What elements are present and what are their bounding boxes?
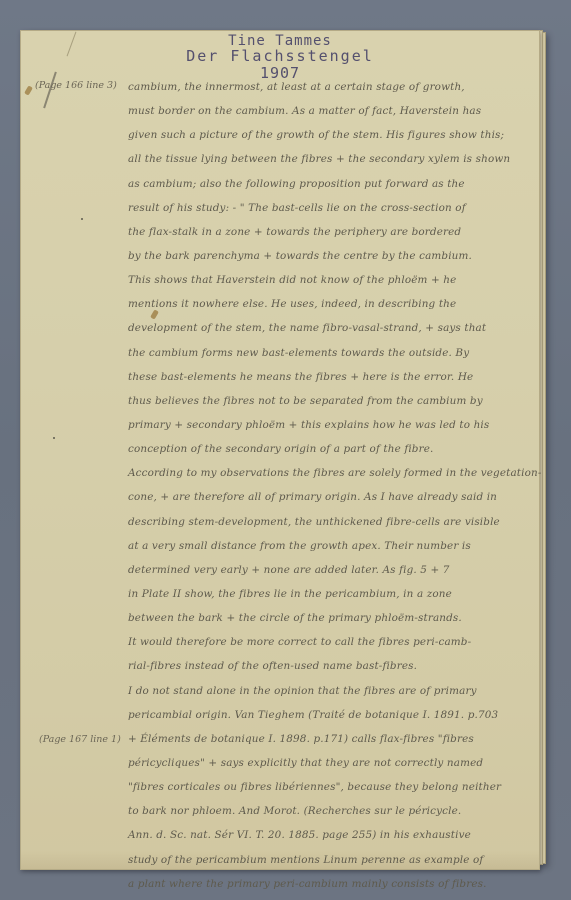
text-line: It would therefore be more correct to ca… bbox=[128, 630, 533, 654]
text-line: a plant where the primary peri-cambium m… bbox=[128, 872, 533, 896]
text-line: the flax-stalk in a zone + towards the p… bbox=[128, 220, 533, 244]
text-line: given such a picture of the growth of th… bbox=[128, 123, 533, 147]
text-line: This shows that Haverstein did not know … bbox=[128, 268, 533, 292]
text-line: describing stem-development, the unthick… bbox=[128, 510, 533, 534]
text-line: must border on the cambium. As a matter … bbox=[128, 99, 533, 123]
text-line: by the bark parenchyma + towards the cen… bbox=[128, 244, 533, 268]
text-line: pericambial origin. Van Tieghem (Traité … bbox=[128, 703, 533, 727]
manuscript-page: Tine Tammes Der Flachsstengel 1907 (Page… bbox=[20, 30, 540, 870]
text-line: According to my observations the fibres … bbox=[128, 461, 533, 485]
margin-note-page-167: (Page 167 line 1) bbox=[39, 734, 121, 745]
text-line: mentions it nowhere else. He uses, indee… bbox=[128, 292, 533, 316]
text-line: + Éléments de botanique I. 1898. p.171) … bbox=[128, 727, 533, 751]
handwritten-text-body: cambium, the innermost, at least at a ce… bbox=[128, 75, 533, 896]
text-line: development of the stem, the name fibro-… bbox=[128, 316, 533, 340]
text-line: determined very early + none are added l… bbox=[128, 558, 533, 582]
margin-note-page-166: (Page 166 line 3) bbox=[35, 80, 117, 91]
text-line: thus believes the fibres not to be separ… bbox=[128, 389, 533, 413]
text-line: cone, + are therefore all of primary ori… bbox=[128, 485, 533, 509]
paper-stain bbox=[24, 85, 33, 95]
text-line: to bark nor phloem. And Morot. (Recherch… bbox=[128, 799, 533, 823]
text-line: at a very small distance from the growth… bbox=[128, 534, 533, 558]
text-line: in Plate II show, the fibres lie in the … bbox=[128, 582, 533, 606]
text-line: "fibres corticales ou fibres libériennes… bbox=[128, 775, 533, 799]
text-line: result of his study: - " The bast-cells … bbox=[128, 196, 533, 220]
text-line: rial-fibres instead of the often-used na… bbox=[128, 654, 533, 678]
paper-speck bbox=[81, 218, 83, 220]
stamp-title: Der Flachsstengel bbox=[21, 47, 539, 65]
text-line: conception of the secondary origin of a … bbox=[128, 437, 533, 461]
text-line: as cambium; also the following propositi… bbox=[128, 172, 533, 196]
text-line: study of the pericambium mentions Linum … bbox=[128, 848, 533, 872]
text-line: cambium, the innermost, at least at a ce… bbox=[128, 75, 533, 99]
text-line: Ann. d. Sc. nat. Sér VI. T. 20. 1885. pa… bbox=[128, 823, 533, 847]
paper-speck bbox=[53, 437, 55, 439]
text-line: primary + secondary phloëm + this explai… bbox=[128, 413, 533, 437]
text-line: these bast-elements he means the fibres … bbox=[128, 365, 533, 389]
text-line: between the bark + the circle of the pri… bbox=[128, 606, 533, 630]
text-line: péricycliques" + says explicitly that th… bbox=[128, 751, 533, 775]
text-line: I do not stand alone in the opinion that… bbox=[128, 679, 533, 703]
text-line: the cambium forms new bast-elements towa… bbox=[128, 341, 533, 365]
text-line: all the tissue lying between the fibres … bbox=[128, 147, 533, 171]
